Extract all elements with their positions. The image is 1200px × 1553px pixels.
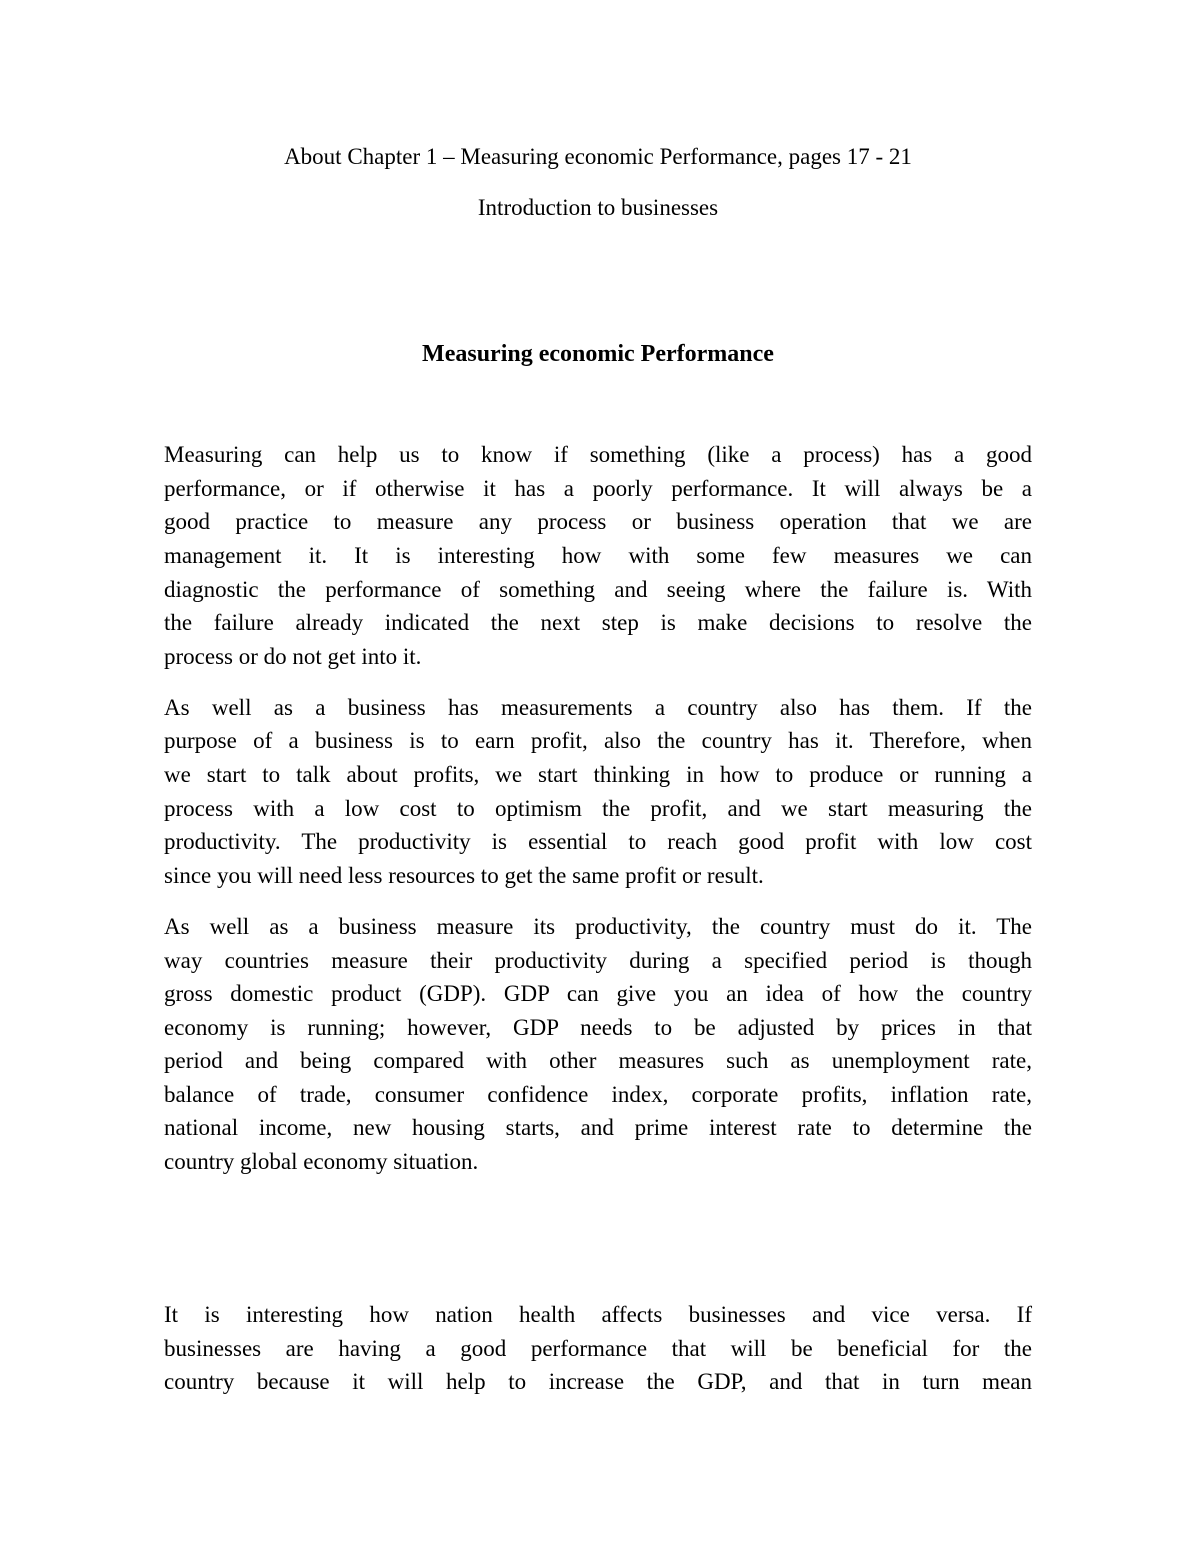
paragraph: Measuring can help us to know if somethi…: [164, 438, 1032, 673]
text-line: performance, or if otherwise it has a po…: [164, 472, 1032, 506]
section-title: Measuring economic Performance: [164, 337, 1032, 371]
blank-lines: [164, 242, 1032, 337]
text-line: purpose of a business is to earn profit,…: [164, 724, 1032, 758]
text-line: since you will need less resources to ge…: [164, 859, 1032, 893]
text-line: Measuring can help us to know if somethi…: [164, 438, 1032, 472]
text-line: economy is running; however, GDP needs t…: [164, 1011, 1032, 1045]
paragraph: It is interesting how nation health affe…: [164, 1298, 1032, 1399]
body-paragraphs: Measuring can help us to know if somethi…: [164, 438, 1032, 1178]
top-margin: [164, 0, 1032, 140]
intro-subtitle-line: Introduction to businesses: [164, 191, 1032, 225]
text-line: businesses are having a good performance…: [164, 1332, 1032, 1366]
text-line: country global economy situation.: [164, 1145, 1032, 1179]
text-line: diagnostic the performance of something …: [164, 573, 1032, 607]
text-line: national income, new housing starts, and…: [164, 1111, 1032, 1145]
text-line: the failure already indicated the next s…: [164, 606, 1032, 640]
blank-lines: [164, 1196, 1032, 1298]
paragraph: As well as a business measure its produc…: [164, 910, 1032, 1179]
text-line: balance of trade, consumer confidence in…: [164, 1078, 1032, 1112]
text-line: country because it will help to increase…: [164, 1365, 1032, 1399]
chapter-about-line: About Chapter 1 – Measuring economic Per…: [164, 140, 1032, 174]
text-line: As well as a business has measurements a…: [164, 691, 1032, 725]
text-line: productivity. The productivity is essent…: [164, 825, 1032, 859]
text-line: management it. It is interesting how wit…: [164, 539, 1032, 573]
text-line: process with a low cost to optimism the …: [164, 792, 1032, 826]
closing-paragraphs: It is interesting how nation health affe…: [164, 1298, 1032, 1399]
text-line: As well as a business measure its produc…: [164, 910, 1032, 944]
page-content: About Chapter 1 – Measuring economic Per…: [164, 0, 1032, 1416]
text-line: period and being compared with other mea…: [164, 1044, 1032, 1078]
document-page: About Chapter 1 – Measuring economic Per…: [0, 0, 1200, 1553]
blank-line: [164, 388, 1032, 438]
text-line: good practice to measure any process or …: [164, 505, 1032, 539]
paragraph: As well as a business has measurements a…: [164, 691, 1032, 893]
text-line: gross domestic product (GDP). GDP can gi…: [164, 977, 1032, 1011]
text-line: way countries measure their productivity…: [164, 944, 1032, 978]
text-line: It is interesting how nation health affe…: [164, 1298, 1032, 1332]
text-line: we start to talk about profits, we start…: [164, 758, 1032, 792]
text-line: process or do not get into it.: [164, 640, 1032, 674]
